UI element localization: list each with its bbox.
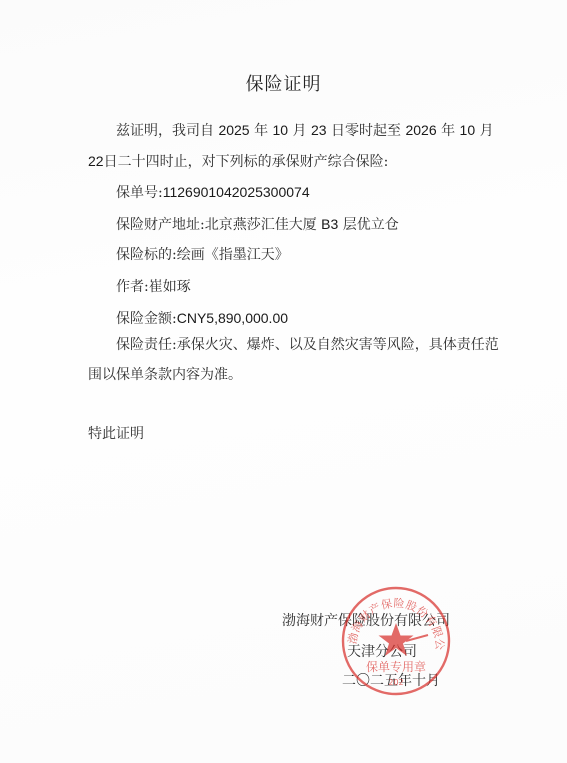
- closing-statement: 特此证明: [88, 423, 144, 443]
- subject-label: 保险标的:: [116, 247, 177, 263]
- amount-line: 保险金额:CNY5,890,000.00: [116, 308, 288, 329]
- end-day: 22: [88, 153, 104, 169]
- policy-number-label: 保单号:: [116, 185, 163, 201]
- start-day: 23: [311, 122, 327, 138]
- author-label: 作者:: [116, 279, 149, 295]
- start-month: 10: [273, 122, 289, 138]
- policy-number-value: 1126901042025300074: [163, 184, 310, 200]
- intro-text: 日二十四时止，对下列标的承保财产综合保险:: [104, 154, 389, 170]
- address-value: 北京燕莎汇佳大厦: [205, 217, 317, 233]
- intro-paragraph: 兹证明，我司自 2025 年 10 月 23 日零时起至 2026 年 10 月…: [88, 115, 508, 177]
- start-year: 2025: [218, 122, 249, 138]
- intro-text: 年: [254, 123, 268, 139]
- address-label: 保险财产地址:: [116, 217, 205, 233]
- document-title: 保险证明: [0, 70, 567, 96]
- author-line: 作者:崔如琢: [116, 277, 191, 297]
- signature-branch: 天津分公司: [347, 641, 417, 661]
- amount-value: CNY5,890,000.00: [177, 310, 288, 326]
- author-value: 崔如琢: [149, 279, 191, 295]
- address-line: 保险财产地址:北京燕莎汇佳大厦 B3 层优立仓: [116, 214, 399, 235]
- address-floor: B3: [321, 216, 338, 232]
- intro-text: 月: [480, 123, 494, 139]
- address-value-suffix: 层优立仓: [343, 217, 399, 233]
- intro-text: 日零时起至: [331, 123, 401, 139]
- amount-label: 保险金额:: [116, 311, 177, 327]
- liability-paragraph: 保险责任:承保火灾、爆炸、以及自然灾害等风险，具体责任范围以保单条款内容为准。: [88, 330, 508, 390]
- policy-number-line: 保单号:1126901042025300074: [116, 182, 310, 203]
- intro-text: 月: [293, 123, 307, 139]
- insurance-certificate-page: 保险证明 兹证明，我司自 2025 年 10 月 23 日零时起至 2026 年…: [0, 0, 567, 763]
- signature-company: 渤海财产保险股份有限公司: [282, 610, 450, 630]
- end-year: 2026: [405, 122, 436, 138]
- subject-value: 绘画《指墨江天》: [177, 247, 289, 263]
- end-month: 10: [460, 122, 476, 138]
- intro-text: 兹证明，我司自: [116, 123, 214, 139]
- signature-date: 二〇二五年十月: [342, 670, 440, 690]
- liability-label: 保险责任:: [116, 337, 177, 353]
- intro-text: 年: [441, 123, 455, 139]
- subject-line: 保险标的:绘画《指墨江天》: [116, 245, 289, 265]
